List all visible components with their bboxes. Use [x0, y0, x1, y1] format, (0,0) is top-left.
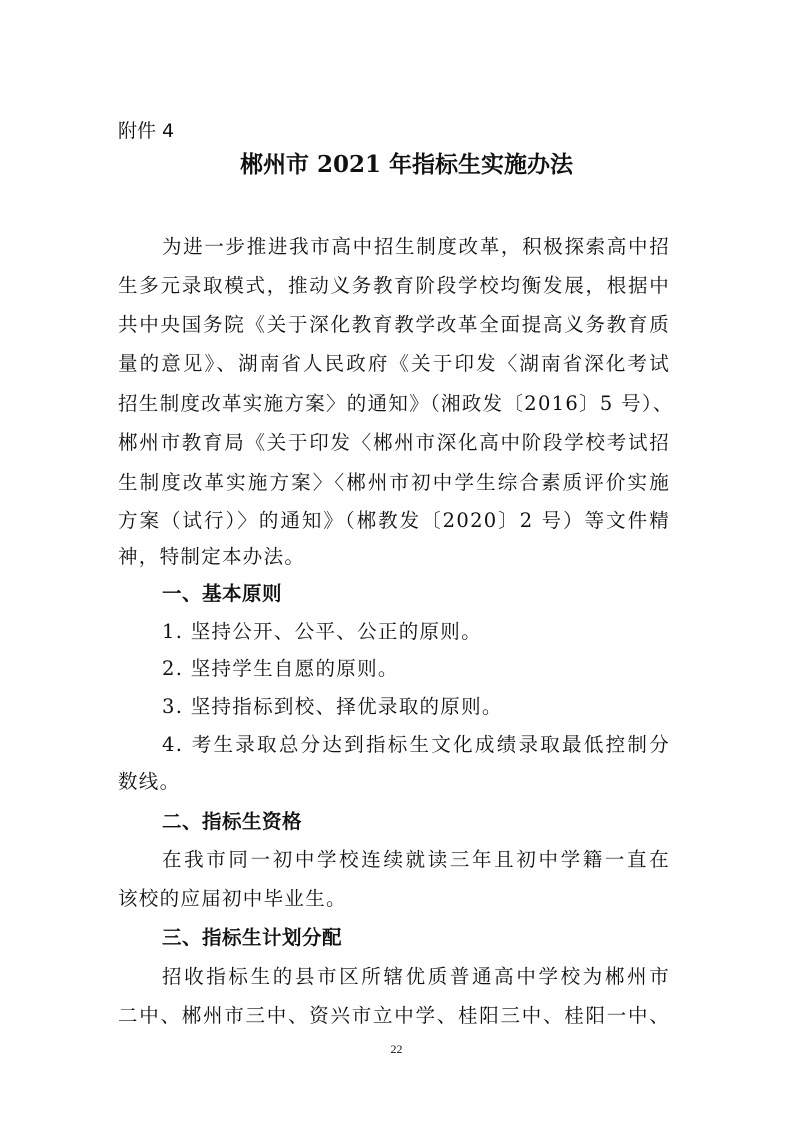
list-item: 4. 考生录取总分达到指标生文化成绩录取最低控制分	[162, 729, 670, 757]
paragraph-line: 生制度改革实施方案〉〈郴州市初中学生综合素质评价实施	[118, 467, 670, 495]
section-heading-eligibility: 二、指标生资格	[162, 806, 302, 834]
paragraph-line: 招收指标生的县市区所辖优质普通高中学校为郴州市	[162, 961, 670, 989]
paragraph-line: 数线。	[118, 766, 670, 794]
paragraph-line: 量的意见》、湖南省人民政府《关于印发〈湖南省深化考试	[118, 348, 670, 376]
paragraph-line: 神，特制定本办法。	[118, 541, 670, 569]
list-item: 1. 坚持公开、公平、公正的原则。	[162, 616, 670, 644]
page-number: 22	[0, 1042, 793, 1057]
paragraph-line: 为进一步推进我市高中招生制度改革，积极探索高中招	[162, 231, 670, 259]
section-heading-allocation: 三、指标生计划分配	[162, 922, 342, 950]
paragraph-line: 方案（试行）〉的通知》（郴教发〔2020〕2 号）等文件精	[118, 505, 670, 533]
list-item: 2. 坚持学生自愿的原则。	[162, 653, 670, 681]
list-item: 3. 坚持指标到校、择优录取的原则。	[162, 691, 670, 719]
document-page: 附件 4 郴州市 2021 年指标生实施办法 为进一步推进我市高中招生制度改革，…	[0, 0, 793, 1122]
paragraph-line: 在我市同一初中学校连续就读三年且初中学籍一直在	[162, 844, 670, 872]
paragraph-line: 招生制度改革实施方案〉的通知》（湘政发〔2016〕5 号）、	[118, 388, 670, 416]
document-title: 郴州市 2021 年指标生实施办法	[0, 146, 793, 179]
attachment-label: 附件 4	[118, 116, 174, 143]
section-heading-basic-principles: 一、基本原则	[162, 578, 282, 606]
paragraph-line: 郴州市教育局《关于印发〈郴州市深化高中阶段学校考试招	[118, 427, 670, 455]
paragraph-line: 共中央国务院《关于深化教育教学改革全面提高义务教育质	[118, 309, 670, 337]
paragraph-line: 该校的应届初中毕业生。	[118, 883, 670, 911]
paragraph-line: 二中、郴州市三中、资兴市立中学、桂阳三中、桂阳一中、	[118, 1000, 670, 1028]
paragraph-line: 生多元录取模式，推动义务教育阶段学校均衡发展，根据中	[118, 270, 670, 298]
